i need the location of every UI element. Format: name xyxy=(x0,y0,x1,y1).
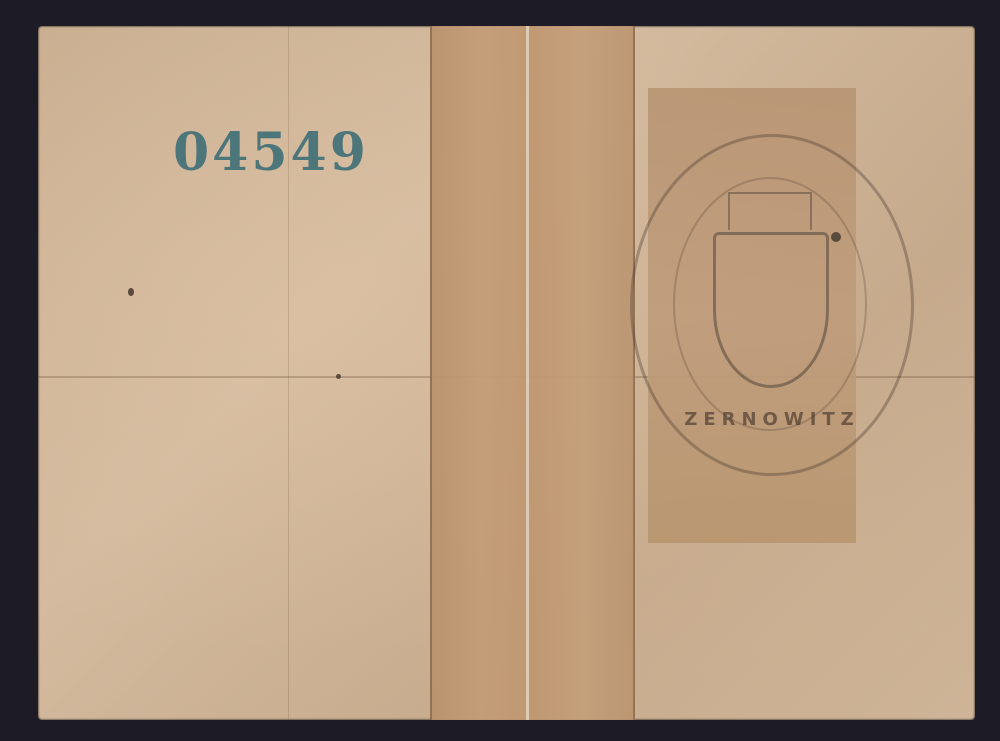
serial-number: 04549 xyxy=(173,122,369,183)
repair-tape xyxy=(430,26,635,720)
tape-edge-right xyxy=(633,26,635,720)
ink-spot xyxy=(831,232,841,242)
stamp-bottom-text: ZERNOWITZ xyxy=(633,409,911,430)
coat-of-arms-icon xyxy=(713,232,829,388)
banknote: 04549 ZERNOWITZ xyxy=(38,26,975,720)
crown-icon xyxy=(728,192,812,230)
stain-spot xyxy=(128,288,134,296)
official-stamp: ZERNOWITZ xyxy=(630,134,914,476)
tape-edge-left xyxy=(430,26,432,720)
center-fold-seam xyxy=(526,26,529,720)
pinhole xyxy=(336,374,341,379)
